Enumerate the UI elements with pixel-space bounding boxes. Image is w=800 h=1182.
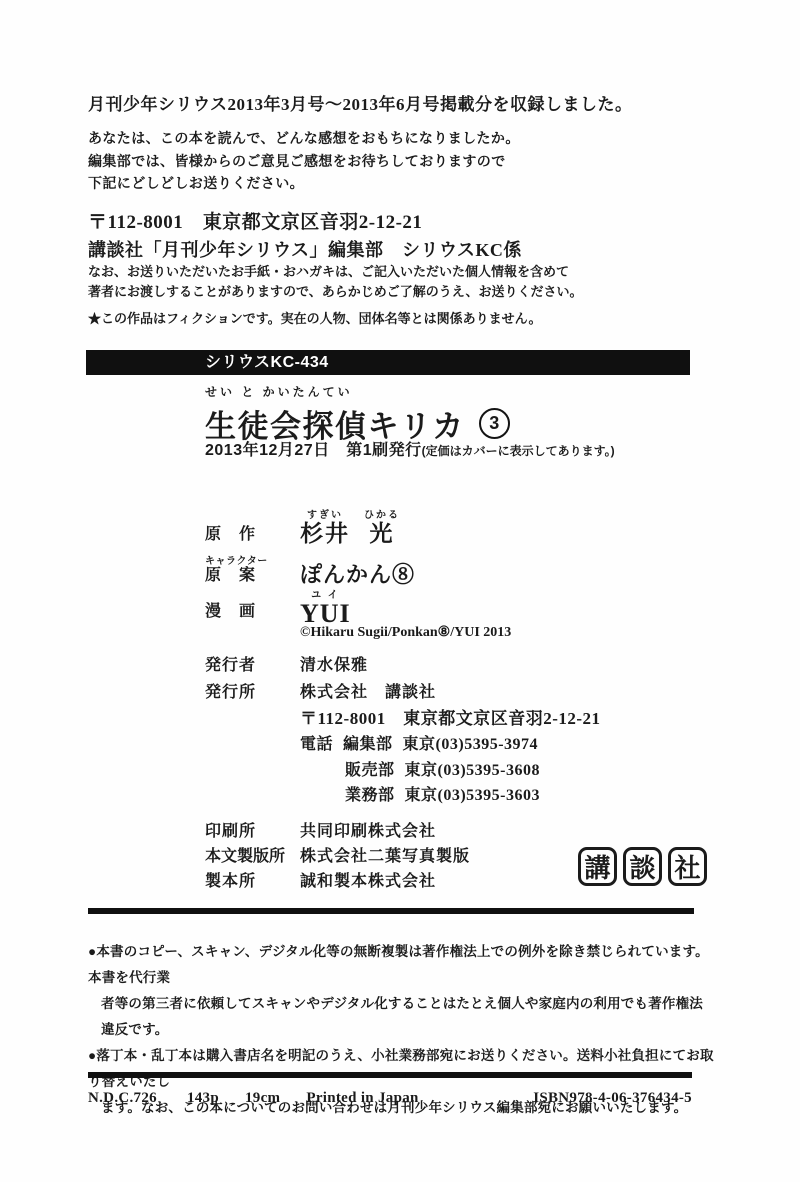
author-given-name: ひかる 光 <box>364 510 400 547</box>
fiction-disclaimer: ★この作品はフィクションです。実在の人物、団体名等とは関係ありません。 <box>88 308 541 327</box>
kodansha-logo: 講 談 社 <box>578 847 707 886</box>
bindery-name: 誠和製本株式会社 <box>300 868 436 891</box>
original-author-name: すぎい 杉井 ひかる 光 <box>300 505 410 547</box>
phone-number: 東京(03)5395-3974 <box>403 736 539 753</box>
manga-artist-name: ユ イ YUI <box>300 585 361 627</box>
phone-number: 東京(03)5395-3603 <box>405 787 541 804</box>
phone-row-editorial: 電話編集部東京(03)5395-3974 <box>300 731 538 754</box>
ndc-code: N.D.C.726 <box>88 1090 157 1107</box>
page-count: 143p <box>187 1090 219 1107</box>
phone-label: 電話 <box>300 736 333 753</box>
printed-in-label: Printed in Japan <box>306 1090 418 1107</box>
series-code-bar: シリウスKC-434 <box>86 350 690 375</box>
logo-character-box: 談 <box>623 847 662 886</box>
feedback-line: 編集部では、皆様からのご意見ご感想をお待ちしておりますので <box>88 152 520 175</box>
phone-row-sales: 販売部東京(03)5395-3608 <box>300 757 540 780</box>
privacy-line: なお、お送りいただいたお手紙・おハガキは、ご記入いただいた個人情報を含めて <box>88 262 583 282</box>
author-given-furigana: ひかる <box>364 510 400 521</box>
magazine-serialization-note: 月刊少年シリウス2013年3月号〜2013年6月号掲載分を収録しました。 <box>88 90 633 115</box>
bindery-label: 製本所 <box>205 868 256 891</box>
manga-artist-label: 漫 画 <box>205 598 256 621</box>
title-furigana: せい と かいたんてい <box>205 383 510 400</box>
print-edition-line: 2013年12月27日 第1刷発行(定価はカバーに表示してあります。) <box>205 437 615 460</box>
publishing-office-label: 発行所 <box>205 679 256 702</box>
publishing-office-name: 株式会社 講談社 <box>300 679 436 702</box>
logo-character-box: 社 <box>668 847 707 886</box>
divider-rule-bottom <box>88 1072 692 1078</box>
phone-row-business: 業務部東京(03)5395-3603 <box>300 782 540 805</box>
publisher-name: 清水保雅 <box>300 652 368 675</box>
price-note: (定価はカバーに表示してあります。) <box>422 444 615 458</box>
divider-rule-top <box>88 908 694 914</box>
bibliographic-footer: N.D.C.726 143p 19cm Printed in Japan ISB… <box>88 1090 692 1107</box>
typesetter-label: 本文製版所 <box>205 843 285 866</box>
phone-dept: 販売部 <box>345 762 395 779</box>
feedback-request-paragraph: あなたは、この本を読んで、どんな感想をおもちになりましたか。 編集部では、皆様か… <box>88 129 520 197</box>
colophon-page: 月刊少年シリウス2013年3月号〜2013年6月号掲載分を収録しました。 あなた… <box>0 0 800 1182</box>
author-family-name: すぎい 杉井 <box>300 510 350 547</box>
copyright-line: ©Hikaru Sugii/Ponkan⑧/YUI 2013 <box>300 624 511 641</box>
feedback-line: 下記にどしどしお送りください。 <box>88 174 520 197</box>
copy-prohibition-notice: ●本書のコピー、スキャン、デジタル化等の無断複製は著作権法上での例外を除き禁じら… <box>88 939 716 1043</box>
isbn-code: ISBN978-4-06-376434-5 <box>533 1090 692 1107</box>
original-author-label: 原 作 <box>205 521 256 544</box>
publisher-role-label: 発行者 <box>205 652 256 675</box>
typesetter-name: 株式会社二葉写真製版 <box>300 843 470 866</box>
printer-label: 印刷所 <box>205 818 256 841</box>
editorial-postal-address: 〒112-8001 東京都文京区音羽2-12-21 <box>88 207 422 234</box>
privacy-line: 著者にお渡しすることがありますので、あらかじめご了解のうえ、お送りください。 <box>88 282 583 302</box>
series-code: シリウスKC-434 <box>205 354 329 371</box>
feedback-line: あなたは、この本を読んで、どんな感想をおもちになりましたか。 <box>88 129 520 152</box>
printer-name: 共同印刷株式会社 <box>300 818 436 841</box>
privacy-note: なお、お送りいただいたお手紙・おハガキは、ご記入いただいた個人情報を含めて 著者… <box>88 262 583 301</box>
character-design-label: キャラクター 原 案 <box>205 555 268 583</box>
volume-badge: 3 <box>479 408 510 439</box>
book-size: 19cm <box>245 1090 280 1107</box>
author-family-furigana: すぎい <box>307 510 343 521</box>
publisher-address: 〒112-8001 東京都文京区音羽2-12-21 <box>300 704 601 729</box>
phone-dept: 業務部 <box>345 787 395 804</box>
editorial-department-name: 講談社「月刊少年シリウス」編集部 シリウスKC係 <box>88 236 522 262</box>
defective-copy-notice: ●落丁本・乱丁本は購入書店名を明記のうえ、小社業務部宛にお送りください。送料小社… <box>88 1043 716 1121</box>
phone-number: 東京(03)5395-3608 <box>405 762 541 779</box>
phone-dept: 編集部 <box>343 736 393 753</box>
print-date: 2013年12月27日 第1刷発行 <box>205 442 422 459</box>
logo-character-box: 講 <box>578 847 617 886</box>
